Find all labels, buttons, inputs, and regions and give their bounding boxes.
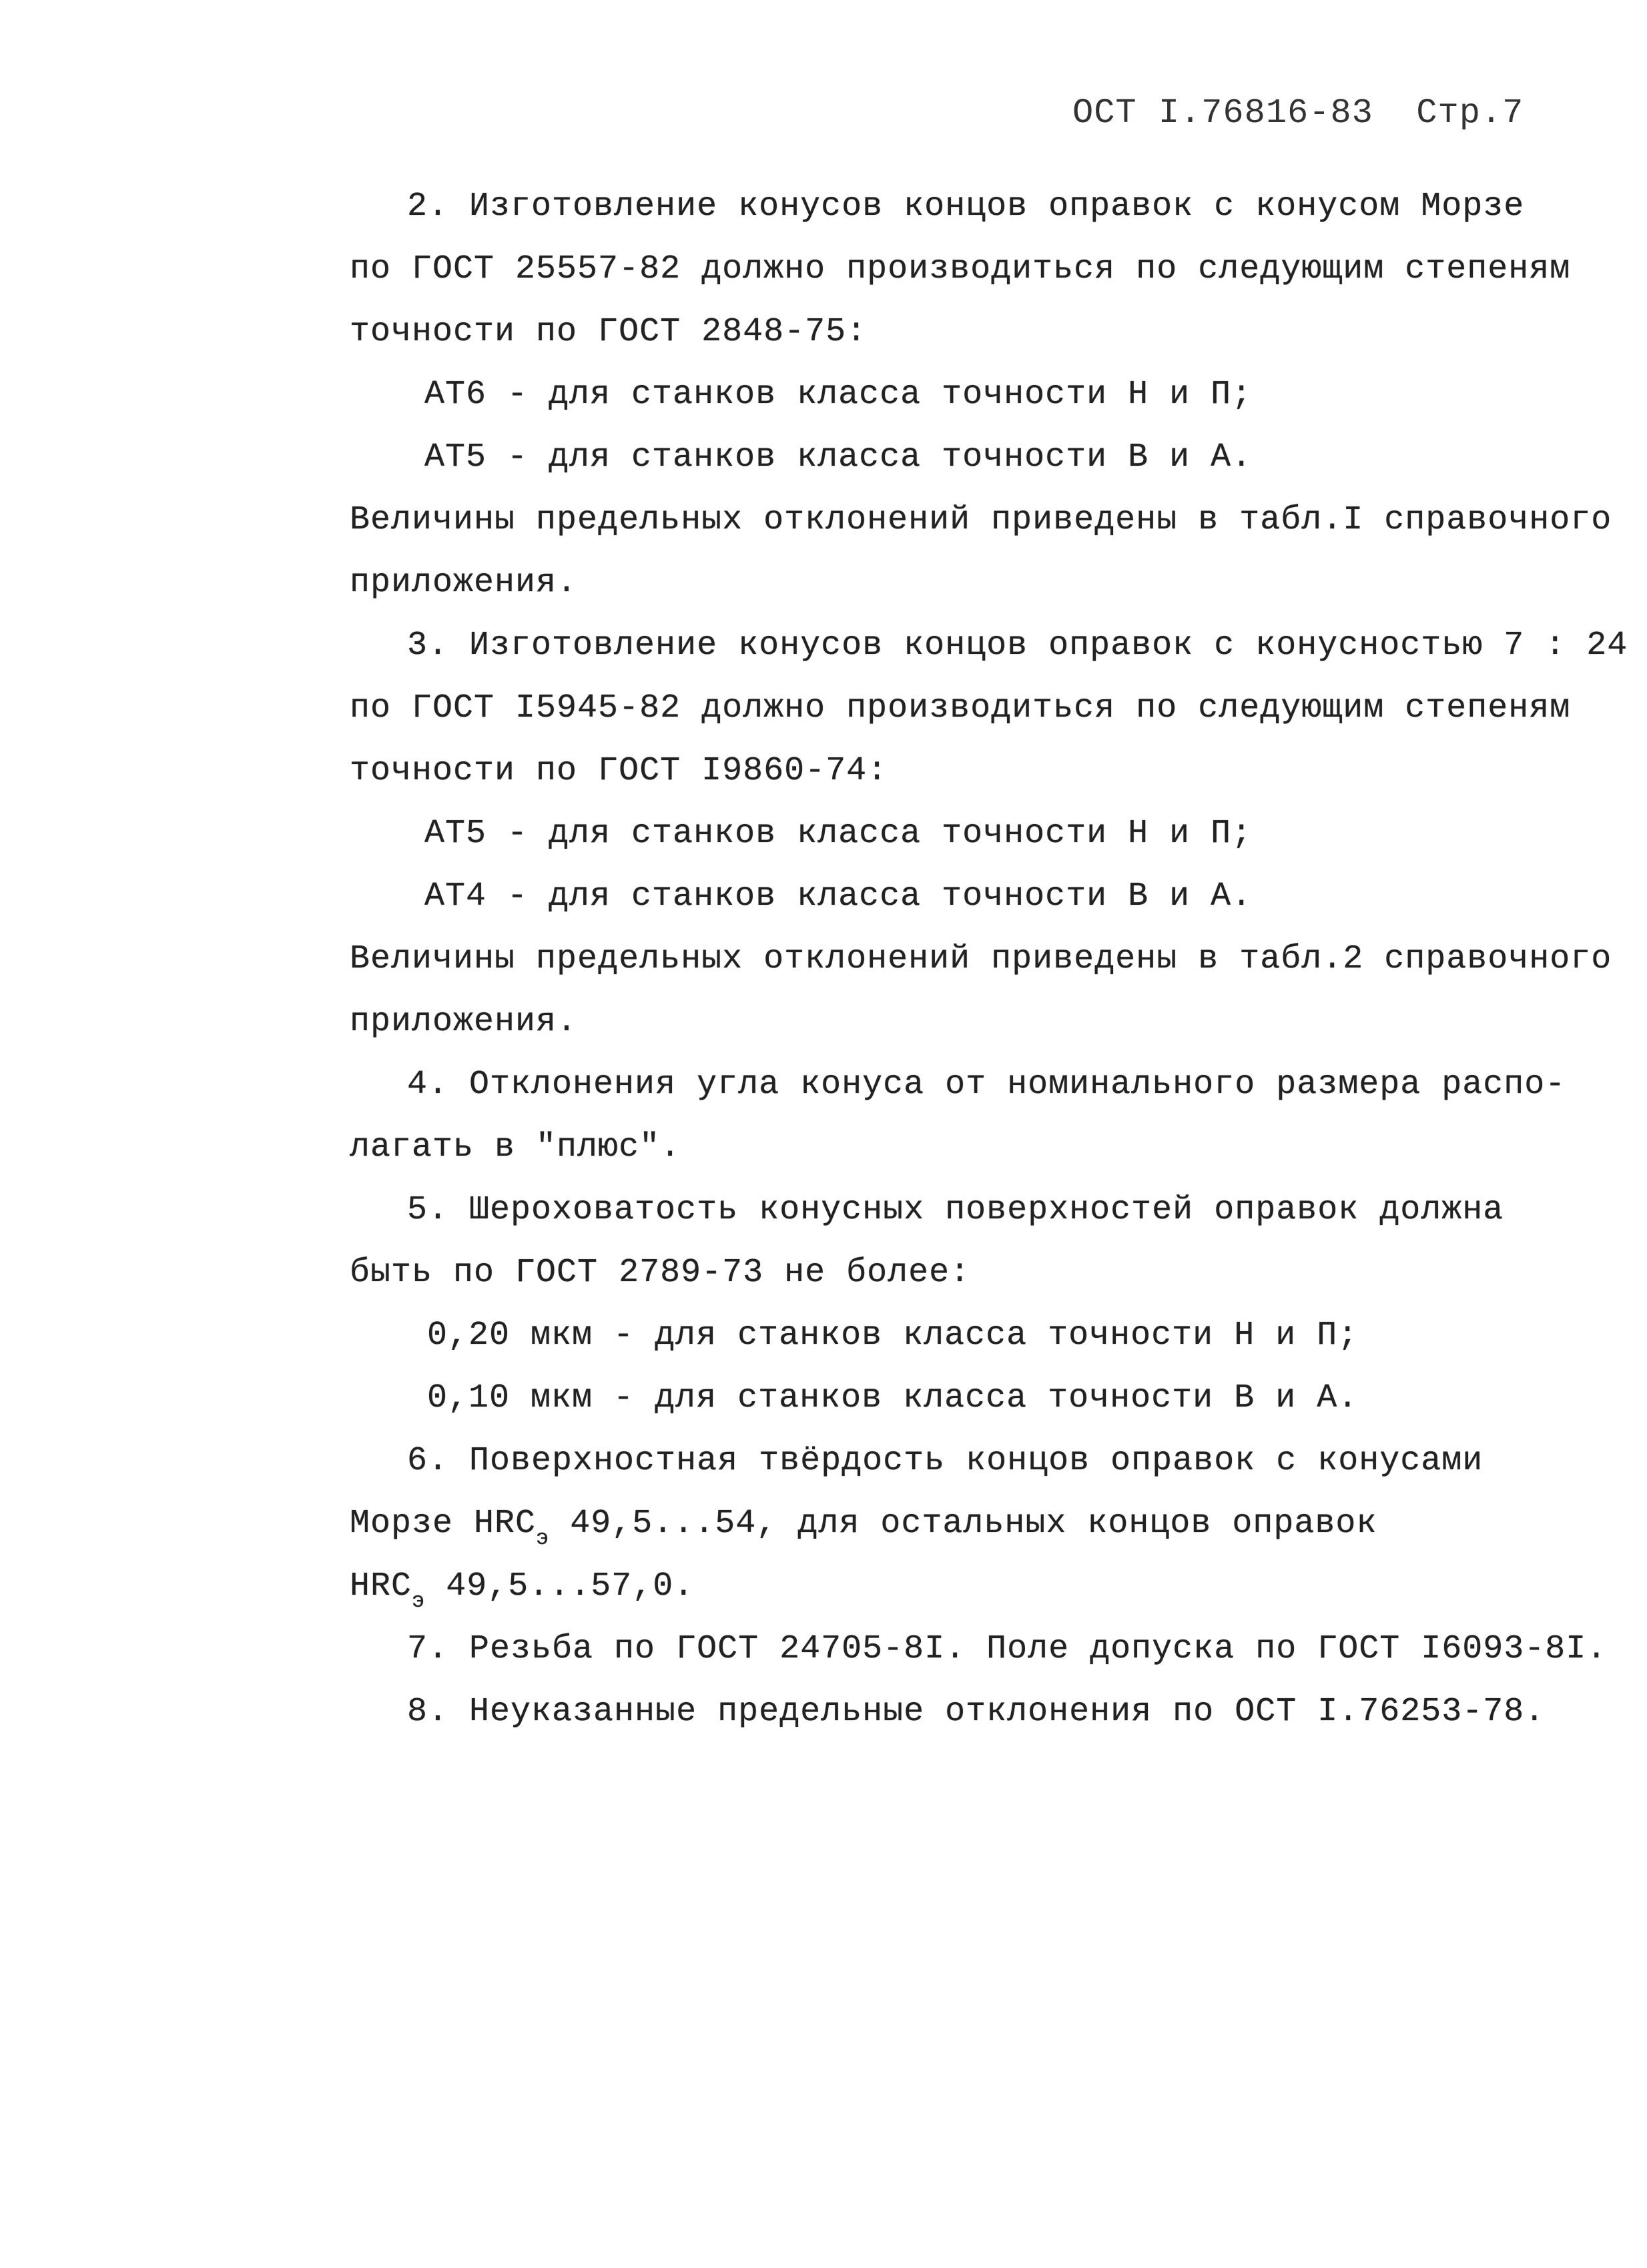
text-line: 4. Отклонения угла конуса от номинальног… xyxy=(407,1065,1566,1105)
text-line: АТ6 - для станков класса точности Н и П; xyxy=(424,375,1252,415)
page-number: Стр.7 xyxy=(1416,93,1524,133)
text-line: по ГОСТ I5945-82 должно производиться по… xyxy=(350,689,1570,729)
subscript: э xyxy=(412,1589,425,1613)
hrc-line: Морзе HRCэ 49,5...54, для остальных конц… xyxy=(350,1504,1377,1547)
text-line: точности по ГОСТ 2848-75: xyxy=(350,312,867,352)
text-line: АТ4 - для станков класса точности В и А. xyxy=(424,877,1252,917)
text-line: 6. Поверхностная твёрдость концов оправо… xyxy=(407,1441,1483,1481)
hrc-line: HRCэ 49,5...57,0. xyxy=(350,1567,694,1609)
text-line: 7. Резьба по ГОСТ 24705-8I. Поле допуска… xyxy=(407,1629,1607,1669)
text-line: АТ5 - для станков класса точности Н и П; xyxy=(424,814,1252,854)
text-line: 0,10 мкм - для станков класса точности В… xyxy=(427,1379,1358,1419)
text-line: лагать в "плюс". xyxy=(350,1128,681,1168)
page-header: ОСТ I.76816-83 Стр.7 xyxy=(1072,93,1524,133)
text-line: приложения. xyxy=(350,563,577,603)
text-line: АТ5 - для станков класса точности В и А. xyxy=(424,438,1252,478)
text-line: 2. Изготовление конусов концов оправок с… xyxy=(407,187,1524,227)
text-line: быть по ГОСТ 2789-73 не более: xyxy=(350,1253,970,1293)
text-line: Величины предельных отклонений приведены… xyxy=(350,939,1612,980)
doc-number: ОСТ I.76816-83 xyxy=(1072,93,1373,133)
text-line: 0,20 мкм - для станков класса точности Н… xyxy=(427,1316,1358,1356)
text-line: точности по ГОСТ I9860-74: xyxy=(350,751,888,791)
text-line: по ГОСТ 25557-82 должно производиться по… xyxy=(350,250,1570,290)
text-line: 5. Шероховатость конусных поверхностей о… xyxy=(407,1190,1504,1230)
subscript: э xyxy=(536,1526,549,1551)
document-page: ОСТ I.76816-83 Стр.7 2. Изготовление кон… xyxy=(0,0,1647,2268)
text-line: 8. Неуказанные предельные отклонения по … xyxy=(407,1692,1545,1732)
text-line: приложения. xyxy=(350,1002,577,1042)
text-line: Величины предельных отклонений приведены… xyxy=(350,500,1612,540)
text-line: 3. Изготовление конусов концов оправок с… xyxy=(407,626,1628,666)
